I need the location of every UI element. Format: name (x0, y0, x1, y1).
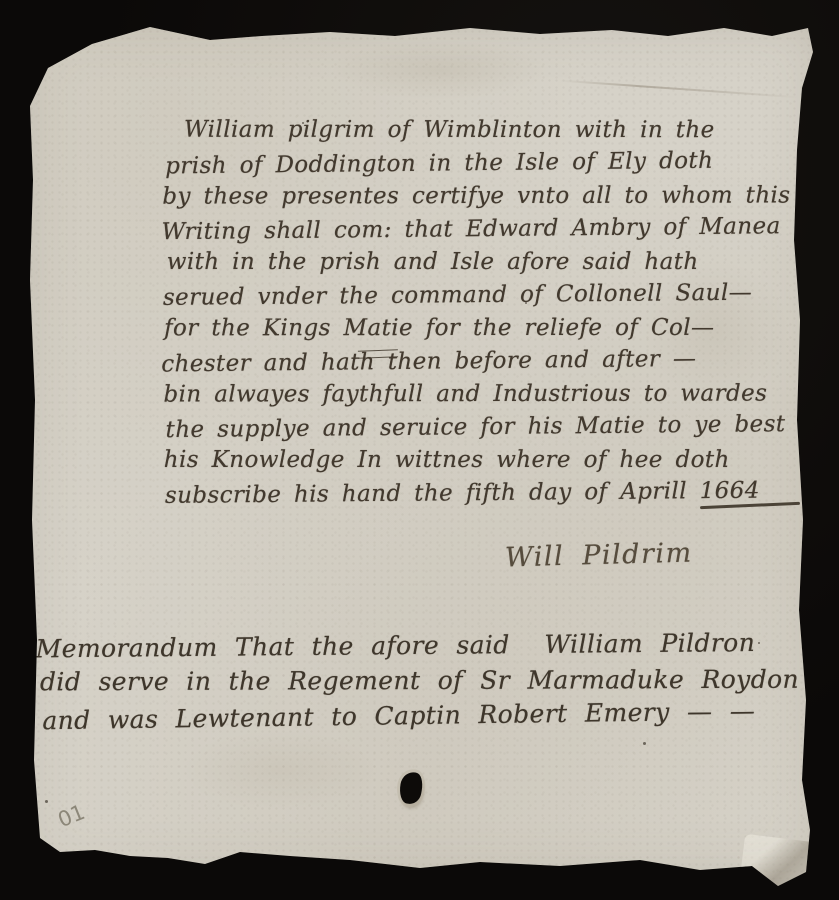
memorandum-line: and was Lewtenant to Captin Robert Emery… (42, 693, 796, 739)
certificate-line: bin alwayes faythfull and Industrious to… (163, 377, 818, 411)
ink-speck (758, 642, 760, 644)
certificate-line: William pilgrim of Wimblinton with in th… (184, 114, 817, 148)
certificate-line: for the Kings Matie for the reliefe of C… (164, 312, 818, 346)
paper-crease (560, 80, 800, 99)
paper-stain (180, 730, 380, 810)
paper-hole (397, 770, 424, 805)
certificate-line: chester and hath then before and after — (161, 342, 818, 382)
certificate-line: by these presentes certifye vnto all to … (162, 179, 817, 213)
signature: Will Pildrim (505, 538, 693, 574)
certificate-line: Writing shall com: that Edward Ambry of … (161, 210, 817, 249)
certificate-text: William pilgrim of Wimblinton with in th… (162, 112, 819, 511)
certificate-line: serued vnder the command of Collonell Sa… (163, 276, 818, 315)
certificate-line: with in the prish and Isle afore said ha… (167, 246, 818, 279)
document-paper: William pilgrim of Wimblinton with in th… (0, 0, 839, 900)
folded-corner (739, 834, 817, 892)
matie-underline-stroke (358, 349, 398, 358)
pencil-annotation: 01 (54, 800, 88, 832)
ink-speck (302, 122, 304, 124)
memorandum-text: Memorandum That the afore said William P… (36, 625, 797, 737)
memorandum-line: Memorandum That the afore said William P… (36, 625, 796, 667)
certificate-line: prish of Doddington in the Isle of Ely d… (165, 144, 817, 184)
ink-speck (643, 742, 646, 745)
scan-background: William pilgrim of Wimblinton with in th… (0, 0, 839, 900)
certificate-line: his Knowledge In wittnes where of hee do… (164, 444, 819, 477)
paper-stain (330, 40, 550, 100)
ink-speck (525, 302, 527, 304)
certificate-line: the supplye and seruice for his Matie to… (165, 408, 818, 447)
ink-speck (45, 800, 48, 803)
